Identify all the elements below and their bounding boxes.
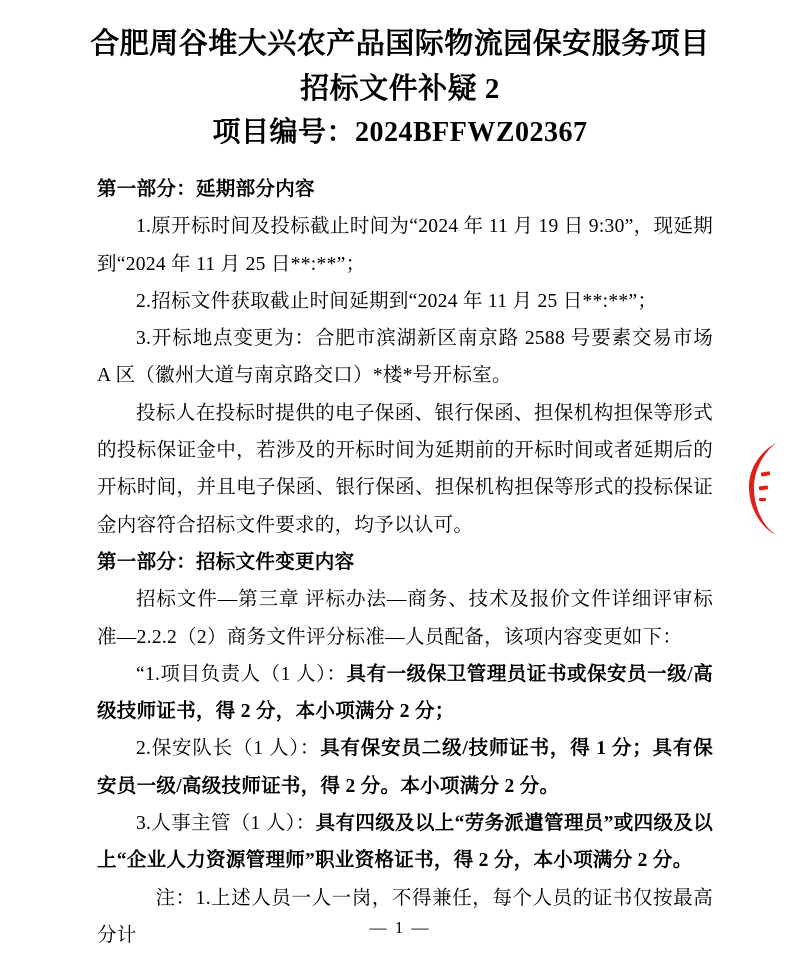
run-hr-supervisor-label: 3.人事主管（1 人）： <box>136 813 316 834</box>
paragraph-security-captain: 2.保安队长（1 人）：具有保安员二级/技师证书，得 1 分；具有保安员一级/高… <box>97 730 713 805</box>
section-heading-postponement: 第一部分：延期部分内容 <box>97 171 713 208</box>
document-body: 第一部分：延期部分内容 1.原开标时间及投标截止时间为“2024 年 11 月 … <box>97 171 713 954</box>
section-heading-document-changes: 第一部分：招标文件变更内容 <box>97 544 713 581</box>
page-footer: — 1 — <box>0 918 800 938</box>
paragraph-change-intro: 招标文件—第三章 评标办法—商务、技术及报价文件详细评审标准—2.2.2（2）商… <box>97 581 713 656</box>
document-header: 合肥周谷堆大兴农产品国际物流园保安服务项目招标文件补疑 2 项目编号：2024B… <box>0 0 800 154</box>
document-page: 合肥周谷堆大兴农产品国际物流园保安服务项目招标文件补疑 2 项目编号：2024B… <box>0 0 800 966</box>
red-seal-fragment <box>746 441 780 537</box>
paragraph-note: 注：1.上述人员一人一岗，不得兼任，每个人员的证书仅按最高分计 <box>97 880 713 955</box>
paragraph-document-deadline: 2.招标文件获取截止时间延期到“2024 年 11 月 25 日**:**”； <box>97 283 713 320</box>
paragraph-venue-change: 3.开标地点变更为：合肥市滨湖新区南京路 2588 号要素交易市场 A 区（徽州… <box>97 320 713 395</box>
paragraph-bid-opening-time: 1.原开标时间及投标截止时间为“2024 年 11 月 19 日 9:30”，现… <box>97 208 713 283</box>
paragraph-hr-supervisor: 3.人事主管（1 人）：具有四级及以上“劳务派遣管理员”或四级及以上“企业人力资… <box>97 805 713 880</box>
paragraph-project-manager: “1.项目负责人（1 人）：具有一级保卫管理员证书或保安员一级/高级技师证书，得… <box>97 656 713 731</box>
page-number: — 1 — <box>370 918 431 937</box>
run-security-captain-label: 2.保安队长（1 人）： <box>136 738 320 759</box>
document-title: 合肥周谷堆大兴农产品国际物流园保安服务项目招标文件补疑 2 <box>90 22 710 112</box>
red-stamp-icon <box>746 441 780 537</box>
run-project-manager-label: “1.项目负责人（1 人）： <box>136 664 347 685</box>
project-number: 项目编号：2024BFFWZ02367 <box>0 112 800 154</box>
paragraph-guarantee-note: 投标人在投标时提供的电子保函、银行保函、担保机构担保等形式的投标保证金中，若涉及… <box>97 395 713 544</box>
